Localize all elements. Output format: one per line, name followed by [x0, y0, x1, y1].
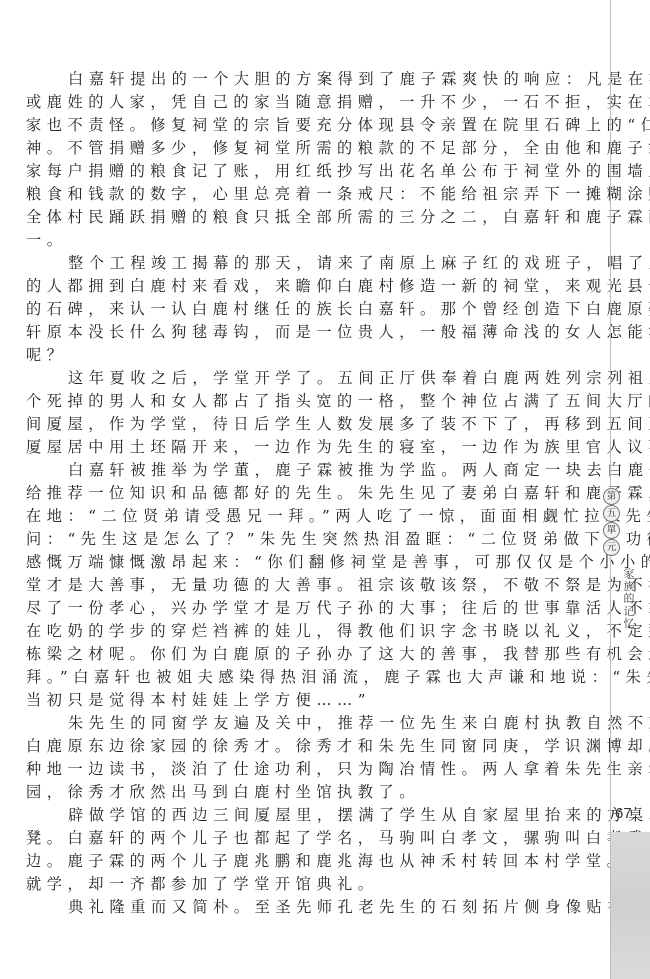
text-line: 家每户捐赠的粮食记了账，用红纸抄写出花名单公布于祠堂外的围墙上，每天记下花销的 [26, 160, 586, 183]
text-line: 感慨万端慷慨激昂起来：“你们翻修祠堂是善事，可那仅仅是个小小的善事；你们兴办学 [26, 551, 586, 574]
text-line: 典礼隆重而又简朴。至圣先师孔老先生的石刻拓片侧身像贴在南山墙上，祭桌上供奉 [26, 896, 586, 919]
text-line: 白嘉轩被推举为学董，鹿子霖被推为学监。两人商定一块去白鹿书院找朱先生，让他 [26, 459, 586, 482]
text-line: 呢？ [26, 344, 586, 367]
unit-title: 家 族 的 记 忆 [622, 568, 636, 631]
text-line: 轩原本没长什么狗毬毒钩，而是一位贵人，一般福薄命浅的女人怎能浮得住这样的深水 [26, 321, 586, 344]
text-line: 园，徐秀才欣然出马到白鹿村坐馆执教了。 [26, 781, 586, 804]
text-line: 或鹿姓的人家，凭自己的家当随意捐赠，一升不少，一石不拒，实在拿不出一升一文的人 [26, 91, 586, 114]
paragraph: 整个工程竣工揭幕的那天，请来了南原上麻子红的戏班子，唱了三天三夜。川原上下 的人… [26, 252, 586, 367]
text-line: 全体村民踊跃捐赠的粮食只抵全部所需的三分之二，白嘉轩和鹿子霖两家合包了三分之 [26, 206, 586, 229]
paragraph: 白嘉轩被推举为学董，鹿子霖被推为学监。两人商定一块去白鹿书院找朱先生，让他 给推… [26, 459, 586, 712]
text-line: 家也不责怪。修复祠堂的宗旨要充分体现县令亲置在院里石碑上的“仁义白鹿村”的精 [26, 114, 586, 137]
paragraph: 辟做学馆的西边三间厦屋里，摆满了学生从自家屋里抬来的方桌、条桌、长凳和独 凳。白… [26, 804, 586, 896]
text-line: 间厦屋，作为学堂，待日后学生人数发展多了装不下了，再移到五间正厅里去。东边三间 [26, 413, 586, 436]
text-line: 朱先生的同窗学友遍及关中，推荐一位先生来白鹿村执教自然不难，于是就近推荐了 [26, 712, 586, 735]
text-line: 尽了一份孝心，兴办学堂才是万代子孙的大事；往后的世事靠活人不靠死人呀！靠那些还 [26, 597, 586, 620]
body-text: 白嘉轩提出的一个大胆的方案得到了鹿子霖爽快的响应：凡是在祠堂里敬香火的白姓 或鹿… [26, 68, 586, 919]
text-line: 种地一边读书，淡泊了仕途功利，只为陶冶情性。两人拿着朱先生亲笔写的信找到徐家 [26, 758, 586, 781]
unit-title-char: 的 [622, 593, 636, 606]
text-line: 就学，却一齐都参加了学堂开馆典礼。 [26, 873, 586, 896]
text-line: 这年夏收之后，学堂开学了。五间正厅供奉着白鹿两姓列宗列祖显考显妣的神位，每 [26, 367, 586, 390]
text-line: 当初只是觉得本村娃娃上学方便……” [26, 689, 586, 712]
text-line: 厦屋居中用土坯隔开来，一边作为先生的寝室，一边作为族里官人议事的官房。 [26, 436, 586, 459]
corner-gray-block [611, 832, 650, 979]
paragraph: 这年夏收之后，学堂开学了。五间正厅供奉着白鹿两姓列宗列祖显考显妣的神位，每 个死… [26, 367, 586, 459]
textbook-page: 白嘉轩提出的一个大胆的方案得到了鹿子霖爽快的响应：凡是在祠堂里敬香火的白姓 或鹿… [0, 0, 650, 979]
unit-title-char: 忆 [622, 618, 636, 631]
text-line: 在地：“二位贤弟请受愚兄一拜。”两人吃了一惊，面面相觑忙拉朱先生站起，几乎同声 [26, 505, 586, 528]
paragraph: 朱先生的同窗学友遍及关中，推荐一位先生来白鹿村执教自然不难，于是就近推荐了 白鹿… [26, 712, 586, 804]
text-line: 粮食和钱款的数字，心里总亮着一条戒尺：不能给祖宗弄下一摊糊涂账。整个预算下来， [26, 183, 586, 206]
text-line: 的石碑，来认一认白鹿村继任的族长白嘉轩。那个曾经创造下白鹿原娶妻最高记录的白嘉 [26, 298, 586, 321]
text-line: 辟做学馆的西边三间厦屋里，摆满了学生从自家屋里抬来的方桌、条桌、长凳和独 [26, 804, 586, 827]
unit-marker-char: 元 [603, 539, 620, 556]
text-line: 的人都拥到白鹿村来看戏，来瞻仰白鹿村修造一新的祠堂，来观光县令亲置在祠堂院子里 [26, 275, 586, 298]
text-line: 栋梁之材呢。你们为白鹿原的子孙办了这大的善事，我替那些有机会念书的子弟向你们一 [26, 643, 586, 666]
text-line: 白鹿原东边徐家园的徐秀才。徐秀才和朱先生同窗同庚，学识渊博却屡试不中，在家一边 [26, 735, 586, 758]
unit-marker-char: 五 [603, 505, 620, 522]
text-line: 个死掉的男人和女人都占了指头宽的一格，整个神位占满了五间大厅的正面墙壁。西边三 [26, 390, 586, 413]
text-line: 边。鹿子霖的两个儿子鹿兆鹏和鹿兆海也从神禾村转回本村学堂。男人们无论有没有子弟 [26, 850, 586, 873]
text-line: 问：“先生这是怎么了？”朱先生突然热泪盈眶：“二位贤弟做下了功德无量的事啊！”竟… [26, 528, 586, 551]
text-line: 神。不管捐赠多少，修复祠堂所需的粮款的不足部分，全由他和鹿子霖包下。白嘉轩把每 [26, 137, 586, 160]
text-line: 白嘉轩提出的一个大胆的方案得到了鹿子霖爽快的响应：凡是在祠堂里敬香火的白姓 [26, 68, 586, 91]
text-line: 一。 [26, 229, 586, 252]
unit-marker-char: 第 [603, 488, 620, 505]
text-line: 整个工程竣工揭幕的那天，请来了南原上麻子红的戏班子，唱了三天三夜。川原上下 [26, 252, 586, 275]
unit-title-char: 家 [622, 568, 636, 581]
text-line: 在吃奶的学步的穿烂裆裤的娃儿，得教他们识字念书晓以礼义，不定那里头有治国安邦的 [26, 620, 586, 643]
paragraph: 典礼隆重而又简朴。至圣先师孔老先生的石刻拓片侧身像贴在南山墙上，祭桌上供奉 [26, 896, 586, 919]
text-line: 堂才是大善事，无量功德的大善事。祖宗该敬该祭，不敬不祭是为不孝；敬了祭了也仅只 [26, 574, 586, 597]
text-line: 拜。”白嘉轩也被姐夫感染得热泪涌流，鹿子霖也大声谦和地说：“朱先生看事深远。俺俩 [26, 666, 586, 689]
text-line: 给推荐一位知识和品德都好的先生。朱先生见了妻弟白嘉轩和鹿子霖，竟然打拱作揖跪倒 [26, 482, 586, 505]
unit-marker-char: 單 [603, 522, 620, 539]
text-line: 凳。白嘉轩的两个儿子也都起了学名，马驹叫白孝文，骡驹叫白孝武，他们自然坐在里 [26, 827, 586, 850]
page-number: 67 [615, 805, 632, 822]
paragraph: 白嘉轩提出的一个大胆的方案得到了鹿子霖爽快的响应：凡是在祠堂里敬香火的白姓 或鹿… [26, 68, 586, 252]
